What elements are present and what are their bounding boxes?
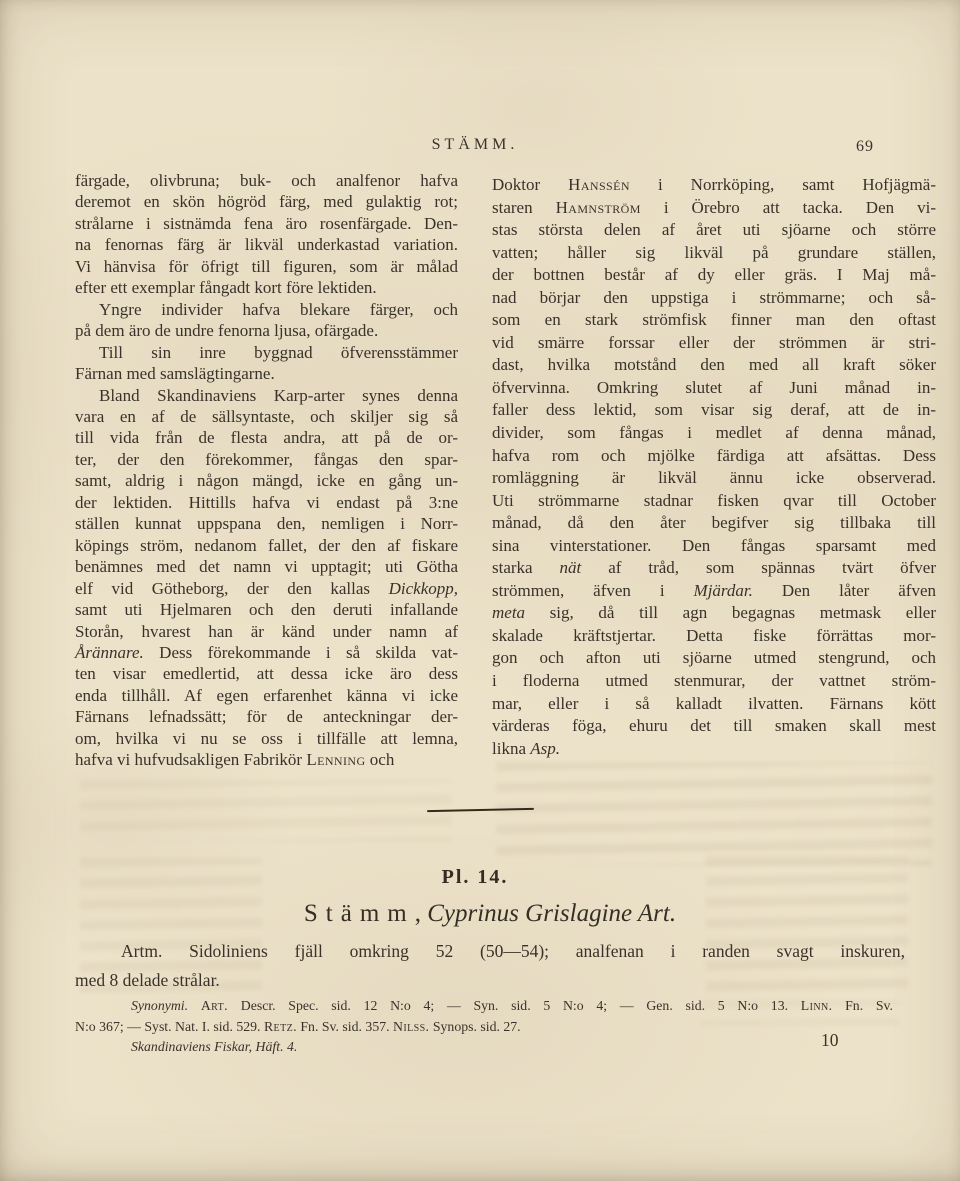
text-line: divider, som fångas i medlet af denna må… bbox=[492, 422, 936, 445]
text-line: samt, aldrig i någon mängd, icke en gång… bbox=[75, 470, 458, 491]
show-through-texture bbox=[80, 780, 452, 842]
footer-sheet-number: 10 bbox=[821, 1030, 839, 1051]
text-line: Doktor Hanssén i Norrköping, samt Hofjäg… bbox=[492, 174, 936, 197]
text-line: gon och afton uti sjöarne utmed stengrun… bbox=[492, 647, 936, 670]
right-column: Doktor Hanssén i Norrköping, samt Hofjäg… bbox=[492, 174, 936, 760]
text-line: Bland Skandinaviens Karp-arter synes den… bbox=[75, 385, 458, 406]
text-line: Färnan med samslägtingarne. bbox=[75, 363, 458, 384]
text-line: sina vinterstationer. Den fångas sparsam… bbox=[492, 535, 936, 558]
synonymy-line-1: Synonymi. Art. Descr. Spec. sid. 12 N:o … bbox=[75, 998, 893, 1014]
text-line: mar, eller i så kalladt ilvatten. Färnan… bbox=[492, 693, 936, 716]
text-line: meta sig, då till agn begagnas metmask e… bbox=[492, 602, 936, 625]
text-line: om, hvilka vi nu se oss i tillfälle att … bbox=[75, 728, 458, 749]
text-line: starka nät af tråd, som spännas tvärt öf… bbox=[492, 557, 936, 580]
text-line: elf vid Götheborg, der den kallas Dickko… bbox=[75, 578, 458, 599]
text-line: Årännare. Dess förekommande i så skilda … bbox=[75, 642, 458, 663]
text-line: Uti strömmarne stadnar fisken qvar till … bbox=[492, 490, 936, 513]
text-line: vid smärre forssar eller der strömmen är… bbox=[492, 332, 936, 355]
text-line: ten visar emedlertid, att dessa icke äro… bbox=[75, 663, 458, 684]
species-heading: Stämm, Cyprinus Grislagine Art. bbox=[75, 900, 905, 928]
page-number: 69 bbox=[856, 138, 874, 156]
text-line: der bottnen består af dy eller gräs. I M… bbox=[492, 264, 936, 287]
text-line: staren Hamnström i Örebro att tacka. Den… bbox=[492, 197, 936, 220]
diagnosis-line-1: Artm. Sidoliniens fjäll omkring 52 (50—5… bbox=[75, 941, 905, 962]
text-line: vatten; håller sig likväl på grundare st… bbox=[492, 242, 936, 265]
footer-work-title: Skandinaviens Fiskar, Häft. 4. bbox=[131, 1039, 297, 1055]
text-line: Vi hänvisa för öfrigt till figuren, som … bbox=[75, 256, 458, 277]
species-common-name: Stämm bbox=[304, 900, 415, 927]
text-line: benämnes med det namn vi upptagit; uti G… bbox=[75, 556, 458, 577]
text-line: romläggning är likväl ännu icke observer… bbox=[492, 467, 936, 490]
text-line: ter, der den förekommer, fångas den spar… bbox=[75, 449, 458, 470]
text-line: nad börjar den uppstiga i strömmarne; oc… bbox=[492, 287, 936, 310]
text-line: dast, hvilka motstånd den med all kraft … bbox=[492, 354, 936, 377]
left-column: färgade, olivbruna; buk- och analfenor h… bbox=[75, 170, 458, 771]
text-line: samt uti Hjelmaren och den deruti infall… bbox=[75, 599, 458, 620]
text-line: na fenornas färg är likväl underkastad v… bbox=[75, 234, 458, 255]
text-line: deremot en skön högröd färg, med gulakti… bbox=[75, 191, 458, 212]
text-line: Till sin inre byggnad öfverensstämmer bbox=[75, 342, 458, 363]
book-page: STÄMM. 69 färgade, olivbruna; buk- och a… bbox=[0, 0, 960, 1181]
text-line: likna Asp. bbox=[492, 738, 936, 761]
text-line: der lektiden. Hittills hafva vi endast p… bbox=[75, 492, 458, 513]
text-line: i floderna utmed stenmurar, der vattnet … bbox=[492, 670, 936, 693]
text-line: månad, då den åter begifver sig tillbaka… bbox=[492, 512, 936, 535]
diagnosis-line-2: med 8 delade strålar. bbox=[75, 970, 220, 991]
text-line: vara en af de sällsyntaste, och skiljer … bbox=[75, 406, 458, 427]
text-line: skalade kräftstjertar. Detta fiske förrä… bbox=[492, 625, 936, 648]
text-line: strömmen, äfven i Mjärdar. Den låter äfv… bbox=[492, 580, 936, 603]
text-line: värderas föga, ehuru det till smaken ska… bbox=[492, 715, 936, 738]
text-line: enda tillhåll. Af egen erfarenhet känna … bbox=[75, 685, 458, 706]
text-line: köpings ström, nedanom fallet, der den a… bbox=[75, 535, 458, 556]
text-line: strålarne i sistnämda fena äro rosenfärg… bbox=[75, 213, 458, 234]
text-line: på dem äro de undre fenorna ljusa, ofärg… bbox=[75, 320, 458, 341]
text-line: stas största delen af året uti sjöarne o… bbox=[492, 219, 936, 242]
running-title: STÄMM. bbox=[0, 136, 950, 154]
heading-separator: , bbox=[415, 900, 428, 927]
text-line: som en stark strömfisk finner man den of… bbox=[492, 309, 936, 332]
show-through-texture bbox=[496, 762, 932, 866]
section-divider bbox=[427, 808, 534, 812]
text-line: till vida från de flesta andra, att på d… bbox=[75, 427, 458, 448]
plate-label: Pl. 14. bbox=[75, 866, 875, 889]
text-line: öfvervinna. Omkring slutet af Juni månad… bbox=[492, 377, 936, 400]
text-line: ställen kunnat uppspana den, nemligen i … bbox=[75, 513, 458, 534]
text-line: hafva rom och mjölke färdiga att afsätta… bbox=[492, 445, 936, 468]
synonymy-line-2: N:o 367; — Syst. Nat. I. sid. 529. Retz.… bbox=[75, 1019, 521, 1035]
text-line: efter ett exemplar fångadt kort före lek… bbox=[75, 277, 458, 298]
text-line: faller dess lektid, som visar sig deraf,… bbox=[492, 399, 936, 422]
text-line: hafva vi hufvudsakligen Fabrikör Lenning… bbox=[75, 749, 458, 770]
species-latin-name: Cyprinus Grislagine Art. bbox=[427, 900, 676, 927]
text-line: färgade, olivbruna; buk- och analfenor h… bbox=[75, 170, 458, 191]
text-line: Färnans lefnadssätt; för de anteckningar… bbox=[75, 706, 458, 727]
text-line: Yngre individer hafva blekare färger, oc… bbox=[75, 299, 458, 320]
text-line: Storån, hvarest han är känd under namn a… bbox=[75, 621, 458, 642]
